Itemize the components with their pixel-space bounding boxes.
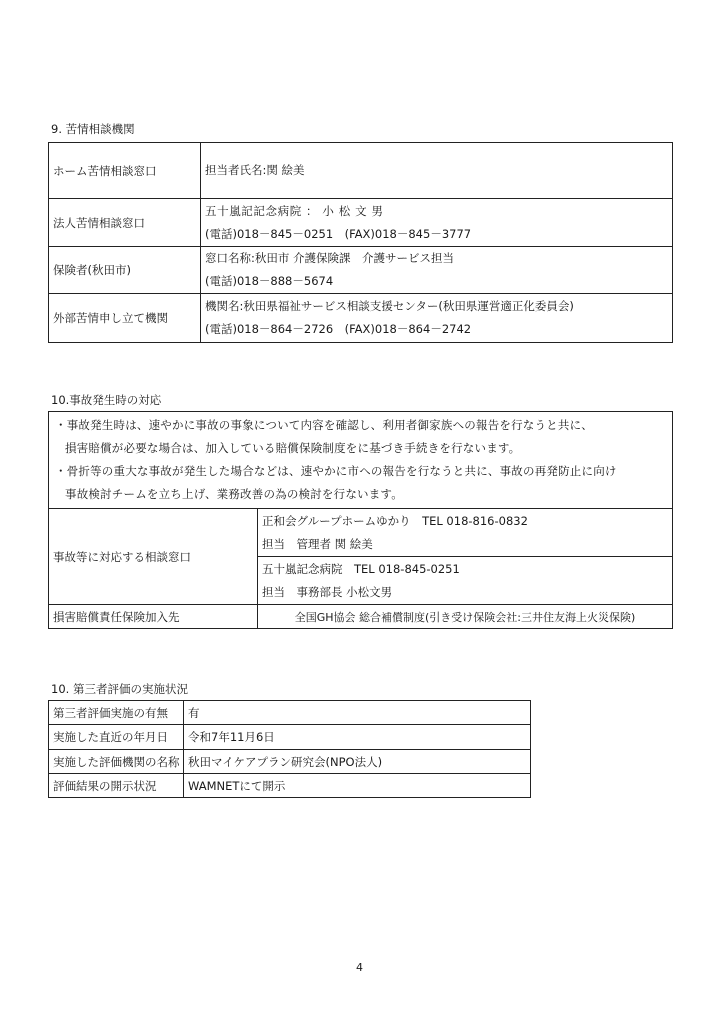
note-line: 損害賠償が必要な場合は、加入している賠償保険制度をに基づき手続きを行ないます。 [55,437,672,460]
table-row: 事故等に対応する相談窓口 正和会グループホームゆかり TEL 018-816-0… [49,509,673,557]
row-label: 法人苦情相談窓口 [49,199,201,247]
value-line: 五十嵐記記念病院 ： 小 松 文 男 [205,199,672,223]
complaint-contacts-table: ホーム苦情相談窓口 担当者氏名:関 絵美 法人苦情相談窓口 五十嵐記記念病院 ：… [48,142,673,343]
table-row: 実施した直近の年月日 令和7年11月6日 [49,725,531,750]
table-row: 第三者評価実施の有無 有 [49,701,531,725]
table-row: 法人苦情相談窓口 五十嵐記記念病院 ： 小 松 文 男 (電話)018－845－… [49,199,673,247]
contact-line: 五十嵐記念病院 TEL 018-845-0251 [262,558,672,581]
row-value: 秋田マイケアプラン研究会(NPO法人) [184,750,531,774]
table-row: 外部苦情申し立て機関 機関名:秋田県福祉サービス相談支援センター(秋田県運営適正… [49,294,673,343]
contact-line: 担当 事務部長 小松文男 [262,581,672,604]
value-line: (電話)018－864－2726 (FAX)018－864－2742 [205,318,672,341]
note-line: ・事故発生時は、速やかに事故の事象について内容を確認し、利用者御家族への報告を行… [55,414,672,437]
table-row: 実施した評価機関の名称 秋田マイケアプラン研究会(NPO法人) [49,750,531,774]
notes-row: ・事故発生時は、速やかに事故の事象について内容を確認し、利用者御家族への報告を行… [49,412,673,509]
row-value: 有 [184,701,531,725]
value-line: 窓口名称:秋田市 介護保険課 介護サービス担当 [205,247,672,270]
accident-notes: ・事故発生時は、速やかに事故の事象について内容を確認し、利用者御家族への報告を行… [49,412,673,509]
section-10-heading: 10.事故発生時の対応 [51,393,161,407]
row-value: WAMNETにて開示 [184,774,531,798]
table-row: 保険者(秋田市) 窓口名称:秋田市 介護保険課 介護サービス担当 (電話)018… [49,247,673,294]
note-line: ・骨折等の重大な事故が発生した場合などは、速やかに市への報告を行なうと共に、事故… [55,460,672,483]
row-label: 実施した直近の年月日 [49,725,184,750]
row-label: 評価結果の開示状況 [49,774,184,798]
table-row: ホーム苦情相談窓口 担当者氏名:関 絵美 [49,143,673,199]
value-line: 担当者氏名:関 絵美 [205,159,672,182]
row-label: 実施した評価機関の名称 [49,750,184,774]
row-label: 外部苦情申し立て機関 [49,294,201,343]
row-value: 令和7年11月6日 [184,725,531,750]
contact-entry: 五十嵐記念病院 TEL 018-845-0251 担当 事務部長 小松文男 [258,557,673,605]
table-row: 評価結果の開示状況 WAMNETにて開示 [49,774,531,798]
page-number: 4 [356,961,363,974]
contact-line: 正和会グループホームゆかり TEL 018-816-0832 [262,510,672,533]
section-10b-heading: 10. 第三者評価の実施状況 [51,682,188,696]
row-value: 五十嵐記記念病院 ： 小 松 文 男 (電話)018－845－0251 (FAX… [201,199,673,247]
section-9-heading: 9. 苦情相談機関 [51,122,135,136]
note-line: 事故検討チームを立ち上げ、業務改善の為の検討を行ないます。 [55,483,672,506]
insurance-label: 損害賠償責任保険加入先 [49,605,258,629]
row-value: 窓口名称:秋田市 介護保険課 介護サービス担当 (電話)018－888－5674 [201,247,673,294]
table-row: 損害賠償責任保険加入先 全国GH協会 総合補償制度(引き受け保険会社:三井住友海… [49,605,673,629]
row-label: 保険者(秋田市) [49,247,201,294]
contact-entry: 正和会グループホームゆかり TEL 018-816-0832 担当 管理者 関 … [258,509,673,557]
contact-label: 事故等に対応する相談窓口 [49,509,258,605]
third-party-evaluation-table: 第三者評価実施の有無 有 実施した直近の年月日 令和7年11月6日 実施した評価… [48,700,531,798]
row-label: 第三者評価実施の有無 [49,701,184,725]
row-value: 担当者氏名:関 絵美 [201,143,673,199]
accident-response-table: ・事故発生時は、速やかに事故の事象について内容を確認し、利用者御家族への報告を行… [48,411,673,629]
value-line: (電話)018－888－5674 [205,270,672,293]
value-line: 機関名:秋田県福祉サービス相談支援センター(秋田県運営適正化委員会) [205,295,672,318]
row-label: ホーム苦情相談窓口 [49,143,201,199]
insurance-value: 全国GH協会 総合補償制度(引き受け保険会社:三井住友海上火災保険) [258,605,673,629]
row-value: 機関名:秋田県福祉サービス相談支援センター(秋田県運営適正化委員会) (電話)0… [201,294,673,343]
contact-line: 担当 管理者 関 絵美 [262,533,672,556]
value-line: (電話)018－845－0251 (FAX)018－845－3777 [205,223,672,246]
